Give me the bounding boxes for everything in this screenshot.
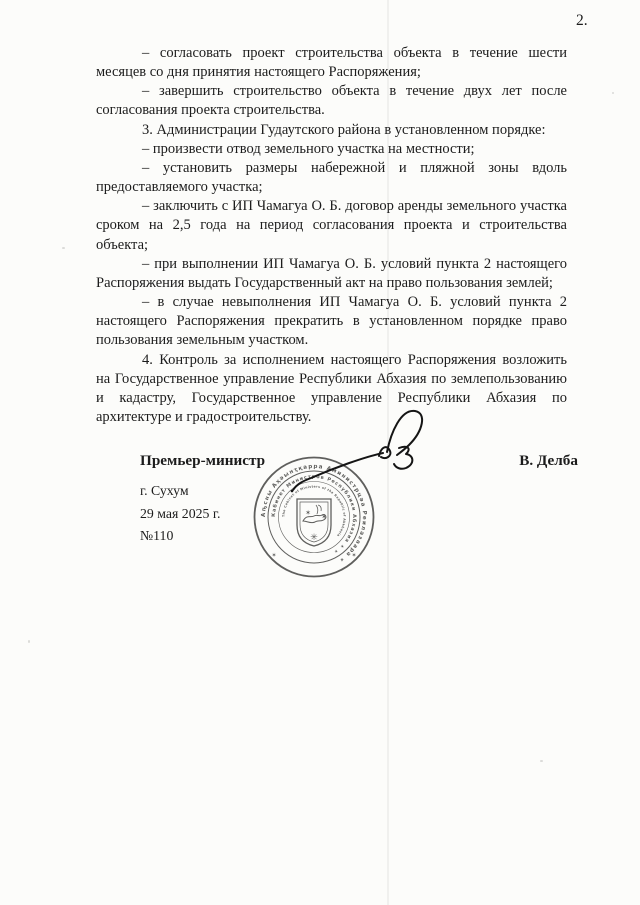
paragraph: 3. Администрации Гудаутского района в ус… [96,121,567,140]
signature-stroke [293,453,383,490]
scan-speck [62,247,65,249]
paragraph: – при выполнении ИП Чамагуа О. Б. услови… [96,255,567,293]
document-date: 29 мая 2025 г. [140,507,220,521]
document-number: №110 [140,529,220,543]
svg-text:✶: ✶ [321,513,327,521]
signer-name: В. Делба [519,452,578,470]
paragraph: – установить размеры набережной и пляжно… [96,159,567,197]
svg-text:✶: ✶ [351,552,356,559]
scan-speck [28,640,30,643]
paragraph: – согласовать проект строительства объек… [96,44,567,82]
scan-speck [612,92,614,94]
document-body: – согласовать проект строительства объек… [96,44,567,427]
document-page: 2. – согласовать проект строительства об… [0,0,640,905]
svg-text:✶: ✶ [271,552,276,559]
paragraph: – произвести отвод земельного участка на… [96,140,567,159]
paragraph: – завершить строительство объекта в тече… [96,82,567,120]
signer-title: Премьер-министр [140,452,265,470]
document-place: г. Сухум [140,484,220,498]
document-meta: г. Сухум 29 мая 2025 г. №110 [140,484,220,552]
handwritten-signature [280,404,440,499]
signature-stroke [387,411,422,455]
signature-ink-dot [291,490,294,493]
page-number: 2. [576,12,588,30]
svg-text:✳: ✳ [310,533,318,543]
svg-text:✶: ✶ [305,509,311,517]
paragraph: – в случае невыполнения ИП Чамагуа О. Б.… [96,293,567,350]
scan-speck [540,760,543,762]
paragraph: – заключить с ИП Чамагуа О. Б. договор а… [96,197,567,254]
